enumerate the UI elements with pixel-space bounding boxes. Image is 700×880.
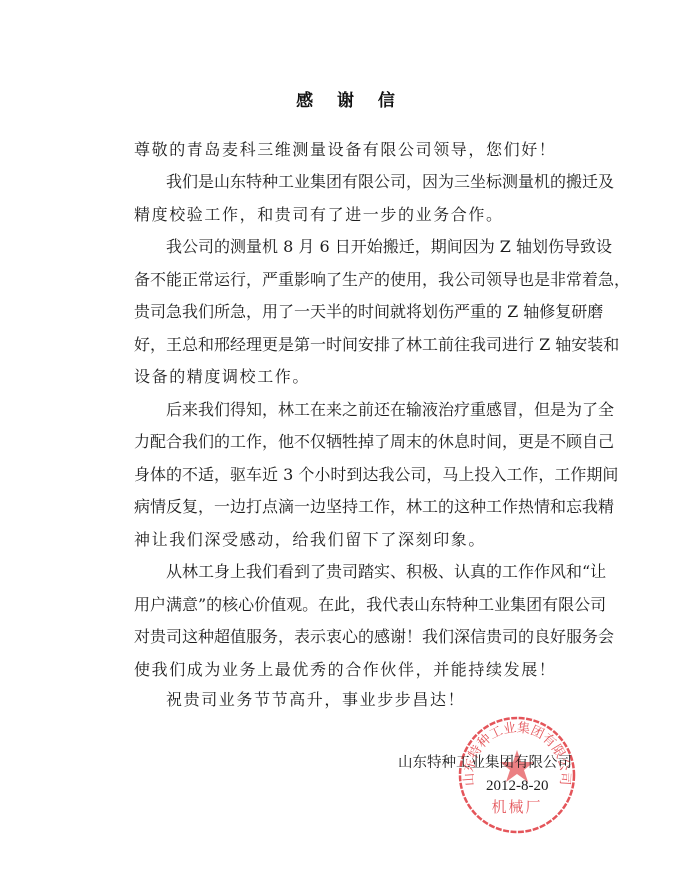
signature-company: 山东特种工业集团有限公司 [398,751,572,772]
letter-line: 祝贵司业务节节高升，事业步步昌达！ [166,689,568,711]
letter-line: 我们是山东特种工业集团有限公司，因为三坐标测量机的搬迁及 [166,171,568,193]
letter-line: 好，王总和邢经理更是第一时间安排了林工前往我司进行 Z 轴安装和 [134,334,568,356]
letter-line: 用户满意”的核心价值观。在此，我代表山东特种工业集团有限公司 [134,594,568,616]
letter-title: 感 谢 信 [0,86,700,111]
stamp-bottom-text: 机械厂 [491,798,542,816]
letter-salutation: 尊敬的青岛麦科三维测量设备有限公司领导，您们好！ [134,139,568,161]
letter-line: 设备的精度调校工作。 [134,366,568,388]
letter-page: 感 谢 信 尊敬的青岛麦科三维测量设备有限公司领导，您们好！ 我们是山东特种工业… [0,0,700,880]
letter-line: 病情反复，一边打点滴一边坚持工作，林工的这种工作热情和忘我精 [134,496,568,518]
letter-line: 身体的不适，驱车近 3 个小时到达我公司，马上投入工作，工作期间 [134,464,568,486]
signature-date: 2012-8-20 [486,778,549,795]
letter-line: 从林工身上我们看到了贵司踏实、积极、认真的工作作风和“让 [166,561,568,583]
letter-line: 贵司急我们所急，用了一天半的时间就将划伤严重的 Z 轴修复研磨 [134,301,568,323]
letter-line: 力配合我们的工作，他不仅牺牲掉了周末的休息时间，更是不顾自己 [134,431,568,453]
letter-line: 精度校验工作，和贵司有了进一步的业务合作。 [134,204,568,226]
company-seal-stamp: 山东特种工业集团有限公司 机械厂 [456,714,578,836]
letter-line: 我公司的测量机 8 月 6 日开始搬迁，期间因为 Z 轴划伤导致设 [166,236,568,258]
letter-line: 备不能正常运行，严重影响了生产的使用，我公司领导也是非常着急， [134,269,568,291]
letter-line: 对贵司这种超值服务，表示衷心的感谢！我们深信贵司的良好服务会 [134,626,568,648]
letter-line: 后来我们得知，林工在来之前还在输液治疗重感冒，但是为了全 [166,399,568,421]
letter-line: 使我们成为业务上最优秀的合作伙伴，并能持续发展！ [134,659,568,681]
letter-line: 神让我们深受感动，给我们留下了深刻印象。 [134,529,568,551]
